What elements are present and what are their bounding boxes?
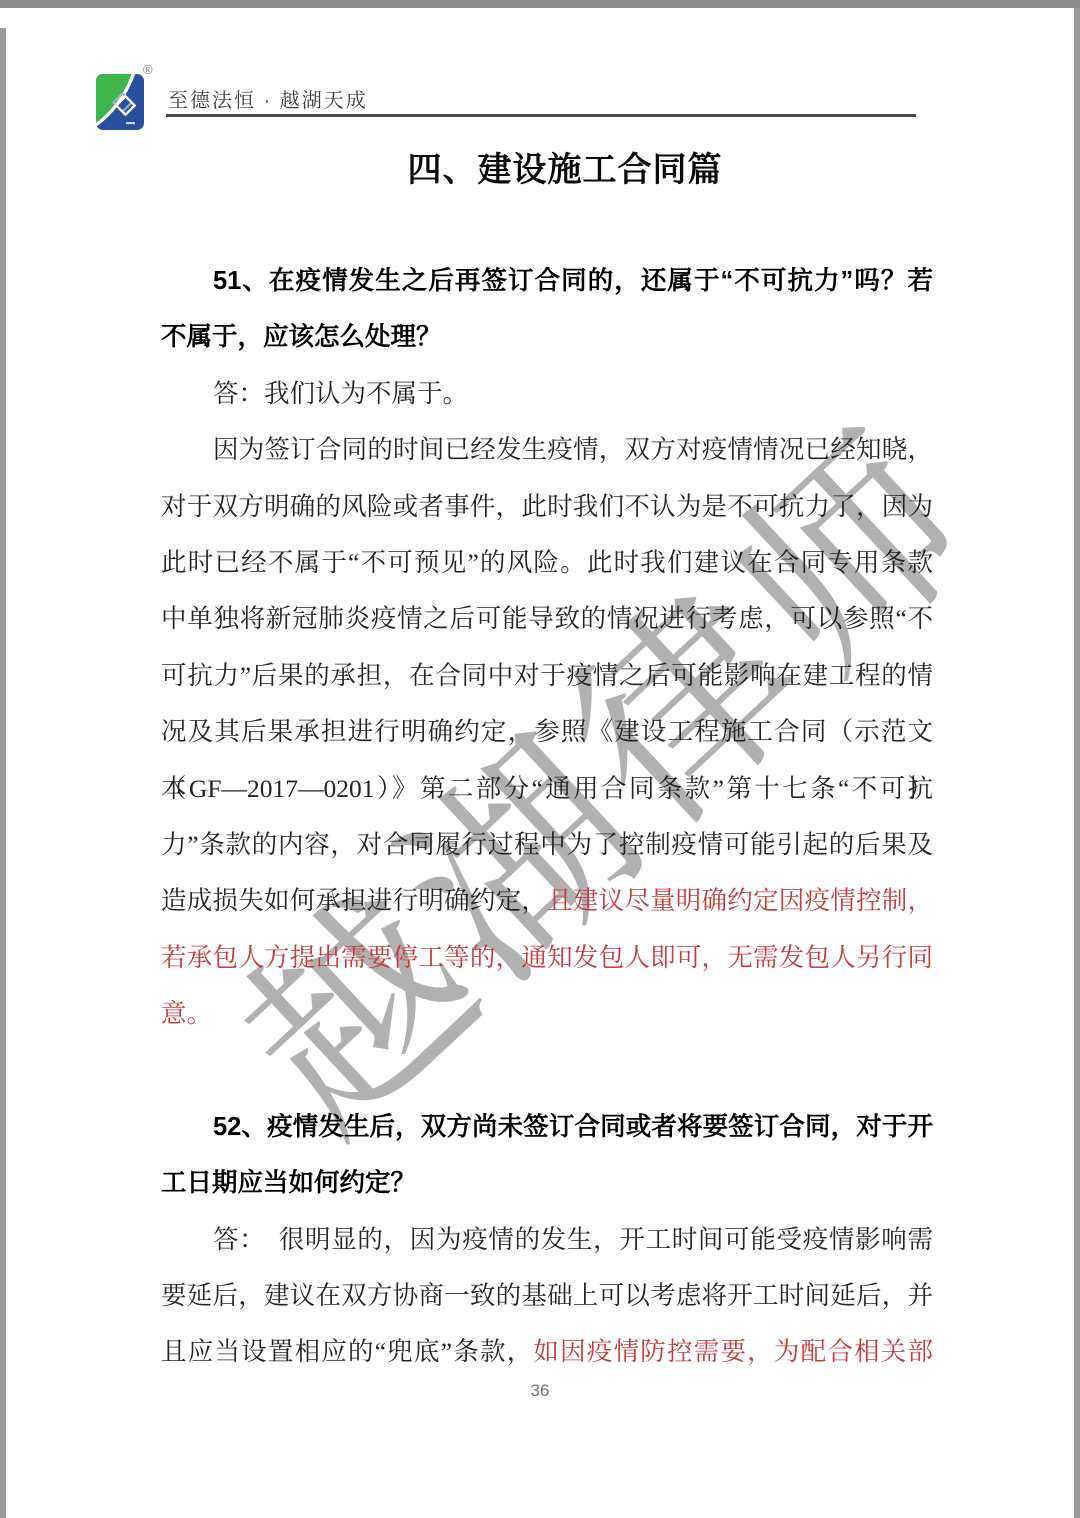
company-logo-icon	[96, 74, 144, 130]
page-title: 四、建设施工合同篇	[165, 142, 965, 191]
q52-question-line-2: 工日期应当如何约定？	[161, 1155, 933, 1211]
page-number: 36	[0, 1381, 1080, 1401]
q52-answer-line-1: 答： 很明显的，因为疫情的发生，开工时间可能受疫情影响需	[161, 1212, 933, 1268]
q52-answer-line-3: 且应当设置相应的“兜底”条款，如因疫情防控需要，为配合相关部	[161, 1324, 933, 1380]
q51-answer-line-12: 意。	[161, 986, 933, 1042]
q51-answer-line-4: 此时已经不属于“不可预见”的风险。此时我们建议在合同专用条款	[161, 535, 933, 591]
q51-answer-line-8: （GF—2017—0201）》第二部分“通用合同条款”第十七条“不可抗	[161, 761, 933, 817]
q51-answer-line-11: 若承包人方提出需要停工等的，通知发包人即可，无需发包人另行同	[161, 930, 933, 986]
q51-question-line-1: 51、在疫情发生之后再签订合同的，还属于“不可抗力”吗？若	[161, 253, 933, 309]
blank-line	[161, 1042, 933, 1098]
registered-trademark-icon: ®	[143, 62, 153, 77]
q51-answer-line-1: 答：我们认为不属于。	[161, 366, 933, 422]
q51-answer-line-2: 因为签订合同的时间已经发生疫情，双方对疫情情况已经知晓，	[161, 422, 933, 478]
q51-answer-line-9: 力”条款的内容，对合同履行过程中为了控制疫情可能引起的后果及	[161, 817, 933, 873]
q51-answer-line-3: 对于双方明确的风险或者事件，此时我们不认为是不可抗力了，因为	[161, 479, 933, 535]
q51-answer-line-6: 可抗力”后果的承担，在合同中对于疫情之后可能影响在建工程的情	[161, 648, 933, 704]
q51-answer-line-7: 况及其后果承担进行明确约定，参照《建设工程施工合同（示范文本）	[161, 704, 933, 760]
q51-answer-line-5: 中单独将新冠肺炎疫情之后可能导致的情况进行考虑，可以参照“不	[161, 591, 933, 647]
q52-answer-line-2: 要延后，建议在双方协商一致的基础上可以考虑将开工时间延后，并	[161, 1268, 933, 1324]
q51-answer-line-10: 造成损失如何承担进行明确约定，且建议尽量明确约定因疫情控制，	[161, 873, 933, 929]
q51-question-line-2: 不属于，应该怎么处理？	[161, 309, 933, 365]
page: ® 至德法恒 · 越湖天成 四、建设施工合同篇 51、在疫情发生之后再签订合同的…	[0, 0, 1080, 1518]
header-divider	[166, 114, 916, 117]
q52-question-line-1: 52、疫情发生后，双方尚未签订合同或者将要签订合同，对于开	[161, 1099, 933, 1155]
document-body: 51、在疫情发生之后再签订合同的，还属于“不可抗力”吗？若 不属于，应该怎么处理…	[161, 253, 933, 1381]
brand-text: 至德法恒 · 越湖天成	[168, 84, 368, 113]
